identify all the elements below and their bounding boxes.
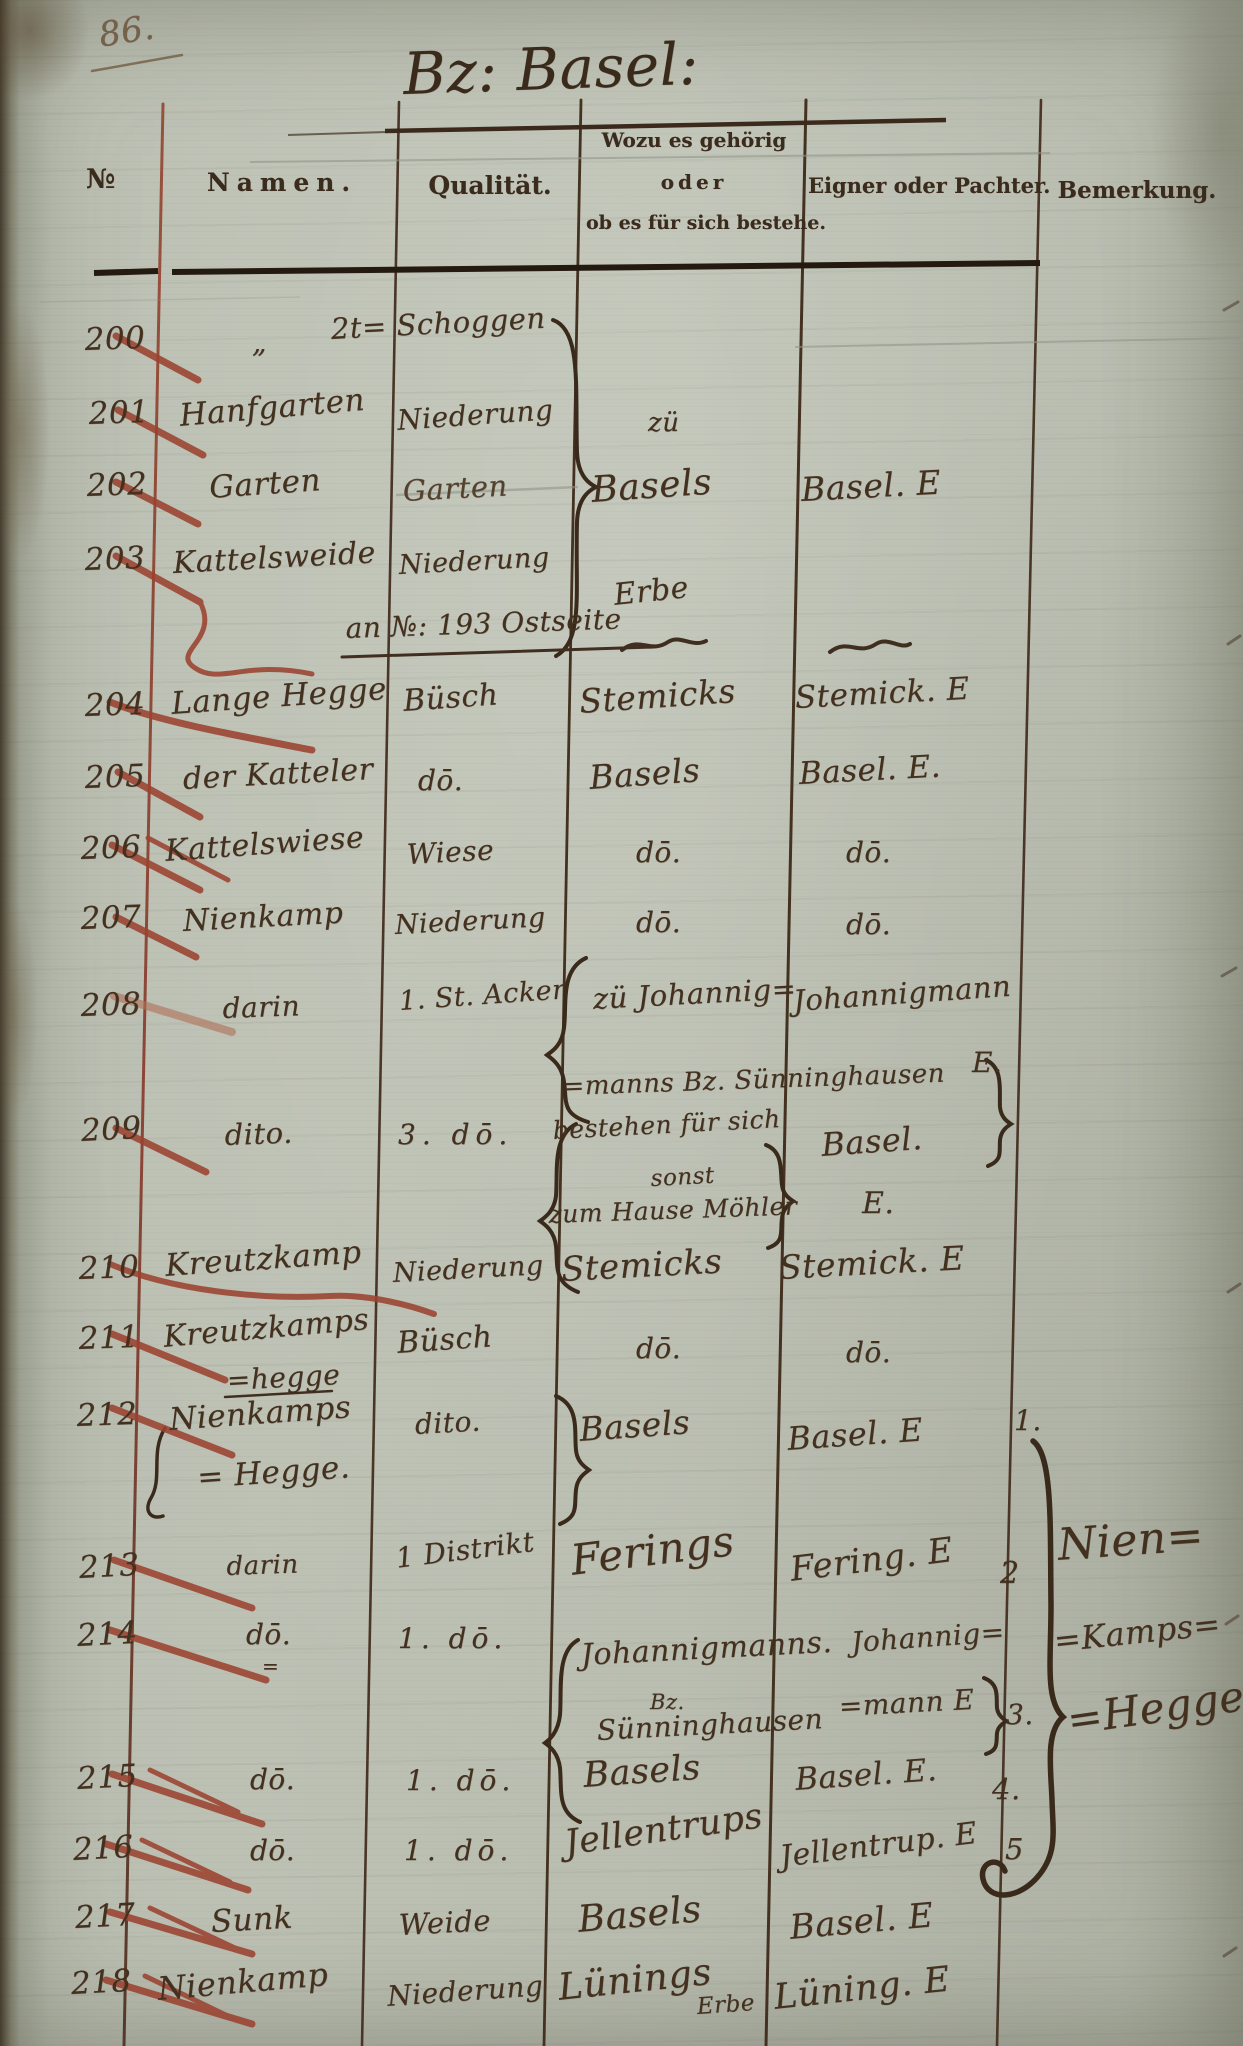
row-qualitaet: Niederung bbox=[386, 1969, 544, 2013]
row-eigner-line1: Johannigmann bbox=[792, 969, 1012, 1018]
rule-eigner-bemerkung bbox=[997, 100, 1041, 2046]
header-bottom-rule-short bbox=[94, 271, 158, 273]
row-no: 205 bbox=[84, 758, 146, 796]
row-wozu: Stemicks bbox=[560, 1242, 723, 1290]
row-qualitaet: 1 Distrikt bbox=[394, 1525, 536, 1575]
book-gutter-shadow bbox=[0, 0, 20, 2046]
header-bottom-rule-long bbox=[172, 263, 1040, 272]
row-qualitaet: Büsch bbox=[402, 677, 500, 719]
row-eigner: Jellentrup. E bbox=[778, 1816, 979, 1875]
margin-group-label-line3: =Hegge. bbox=[1064, 1669, 1243, 1744]
row-namen: Nienkamp bbox=[182, 896, 344, 939]
row-qualitaet: 2t= Schoggen bbox=[330, 301, 546, 346]
paper-stain bbox=[1150, 0, 1243, 280]
red-tail-203 bbox=[188, 602, 312, 674]
row-no: 216 bbox=[72, 1829, 134, 1868]
row-namen: darin bbox=[226, 1549, 299, 1581]
row-wozu-line1: zü Johannig= bbox=[592, 971, 797, 1016]
row-bemerkung: 4. bbox=[992, 1772, 1021, 1806]
row-namen: Garten bbox=[208, 462, 322, 506]
row-bemerkung: 5 bbox=[1005, 1832, 1024, 1866]
group-wozu-zu: zü bbox=[648, 408, 679, 438]
row-wozu-suffix: Erbe bbox=[696, 1990, 756, 2020]
row-wozu-line2: =manns Bz. Sünninghausen bbox=[562, 1059, 945, 1102]
group-wozu-basels: Basels bbox=[590, 462, 713, 511]
page-title: Bz: Basel: bbox=[402, 30, 700, 108]
page-number: 86. bbox=[96, 7, 157, 55]
brace-214-right bbox=[984, 1678, 1006, 1754]
row-no: 213 bbox=[78, 1547, 140, 1586]
row-namen: dito. bbox=[224, 1116, 293, 1152]
row-qualitaet: dito. bbox=[414, 1405, 482, 1441]
row-namen: Sunk bbox=[210, 1900, 294, 1940]
row-qualitaet: 1. dō. bbox=[404, 1834, 513, 1867]
row-no: 204 bbox=[84, 686, 146, 724]
row-wozu: Basels bbox=[578, 1402, 691, 1449]
row-eigner-line1: Basel. bbox=[820, 1119, 924, 1164]
row-qualitaet: Wiese bbox=[406, 833, 495, 871]
column-header-wozu-line3: ob es für sich bestehe. bbox=[586, 212, 802, 234]
column-header-bemerkung: Bemerkung. bbox=[1044, 177, 1230, 204]
row-namen: Kreutzkamp bbox=[164, 1234, 363, 1284]
column-header-wozu-line1: Wozu es gehörig bbox=[586, 128, 802, 152]
row-no: 201 bbox=[88, 394, 150, 432]
row-eigner: Basel. E. bbox=[798, 749, 942, 792]
row-namen: der Katteler bbox=[182, 752, 374, 797]
group-wozu-erbe: Erbe bbox=[612, 570, 690, 613]
brace-margin-group bbox=[982, 1441, 1063, 1895]
row-wozu: dō. bbox=[636, 836, 681, 869]
row-no: 208 bbox=[80, 986, 142, 1024]
row-qualitaet: dō. bbox=[418, 764, 463, 797]
row-qualitaet: 1. dō. bbox=[406, 1764, 515, 1797]
row-no: 215 bbox=[76, 1758, 138, 1797]
row-qualitaet: Niederung bbox=[394, 902, 546, 941]
row-namen: Nienkamp bbox=[156, 1955, 330, 2008]
row-namen-equals: = bbox=[262, 1654, 279, 1678]
row-namen: Hanfgarten bbox=[178, 382, 366, 434]
row-wozu: Ferings bbox=[568, 1516, 737, 1585]
row-qualitaet: Niederung bbox=[398, 542, 550, 581]
row-qualitaet: Büsch bbox=[396, 1319, 494, 1361]
row-no: 207 bbox=[80, 899, 142, 937]
row-wozu: Lünings bbox=[556, 1950, 714, 2009]
column-header-eigner: Eigner oder Pachter. bbox=[808, 173, 1038, 198]
row-no: 217 bbox=[74, 1897, 136, 1936]
hook-212-left bbox=[148, 1428, 165, 1517]
row-namen-line1: Nienkamps bbox=[168, 1389, 352, 1438]
rule-namen-qualitaet bbox=[362, 102, 399, 2046]
row-no: 211 bbox=[78, 1319, 140, 1357]
row-wozu: dō. bbox=[636, 906, 681, 939]
row-wozu-line2: sonst bbox=[650, 1163, 715, 1192]
row-eigner: Basel. E. bbox=[794, 1752, 938, 1798]
row-eigner: dō. bbox=[846, 908, 891, 941]
row-qualitaet: 1. St. Acker bbox=[398, 974, 566, 1017]
row-qualitaet: 1. dō. bbox=[398, 1622, 507, 1655]
row-namen-line2: = Hegge. bbox=[196, 1449, 351, 1496]
pencil-marks bbox=[40, 153, 1240, 495]
row-bemerkung: 3. bbox=[1006, 1698, 1034, 1731]
row-wozu: Basels bbox=[582, 1748, 702, 1796]
row-wozu: Basels bbox=[588, 750, 701, 797]
row-wozu: Basels bbox=[576, 1887, 703, 1941]
row-eigner: dō. bbox=[846, 1336, 891, 1369]
row-qualitaet: Niederung bbox=[396, 393, 554, 437]
row-eigner: Stemick. E bbox=[794, 671, 970, 716]
row-namen: Kattelswiese bbox=[164, 820, 365, 869]
row-qualitaet: 3. dō. bbox=[398, 1118, 513, 1151]
row-namen: dō. bbox=[250, 1834, 295, 1867]
row-no: 214 bbox=[76, 1615, 138, 1654]
row-qualitaet: Garten bbox=[402, 469, 508, 508]
note-underline bbox=[342, 647, 654, 657]
row-namen-line1: Kreutzkamps bbox=[162, 1302, 371, 1355]
row-qualitaet: Weide bbox=[398, 1903, 492, 1942]
row-namen: dō. bbox=[246, 1618, 291, 1651]
column-header-no: № bbox=[86, 164, 115, 195]
row-no: 218 bbox=[70, 1963, 132, 2002]
row-eigner: Basel. E bbox=[786, 1411, 924, 1458]
column-header-namen: Namen. bbox=[172, 168, 392, 197]
brace-214-left bbox=[545, 1640, 580, 1822]
row-wozu-line1: Johannigmanns. bbox=[580, 1625, 833, 1673]
row-eigner-line1: Johannig= bbox=[850, 1615, 1006, 1659]
row-bemerkung: 2 bbox=[1000, 1556, 1020, 1591]
group-note: an №: 193 Ostseite bbox=[345, 602, 622, 645]
row-namen: dō. bbox=[250, 1763, 295, 1796]
row-no: 212 bbox=[76, 1396, 138, 1434]
row-no: 203 bbox=[84, 540, 146, 578]
row-no: 200 bbox=[84, 320, 146, 358]
row-eigner: Fering. E bbox=[788, 1530, 955, 1590]
row-wozu-line1: bestehen für sich bbox=[552, 1104, 781, 1145]
group-eigner: Basel. E bbox=[800, 463, 942, 509]
margin-group-label-line1: Nien= bbox=[1056, 1510, 1206, 1571]
row-eigner: Basel. E bbox=[788, 1895, 935, 1947]
row-wozu: Jellentrups bbox=[562, 1796, 765, 1863]
row-wozu-line3: zum Hause Möhler bbox=[548, 1191, 798, 1229]
row-no: 206 bbox=[80, 829, 142, 867]
column-header-wozu-line2: oder bbox=[586, 170, 802, 194]
row-wozu: dō. bbox=[636, 1332, 681, 1365]
margin-group-label-line2: =Kamps= bbox=[1052, 1605, 1222, 1660]
row-namen-ditto: „ bbox=[252, 326, 267, 359]
row-no: 209 bbox=[80, 1110, 142, 1149]
row-wozu: Stemicks bbox=[578, 671, 737, 721]
pagenumber-underline bbox=[92, 55, 182, 71]
row-namen: Kattelsweide bbox=[172, 535, 377, 581]
column-header-qualitaet: Qualität. bbox=[402, 171, 578, 200]
title-underline-left bbox=[288, 132, 386, 135]
row-eigner: Lüning. E bbox=[772, 1960, 952, 2018]
row-bemerkung: 1. bbox=[1014, 1404, 1042, 1437]
row-namen: Lange Hegge bbox=[170, 671, 388, 722]
row-no: 210 bbox=[78, 1249, 140, 1287]
row-eigner-line2: E. bbox=[972, 1046, 1002, 1079]
row-eigner: Stemick. E bbox=[778, 1238, 966, 1287]
row-qualitaet: Niederung bbox=[392, 1250, 544, 1289]
row-eigner: dō. bbox=[846, 836, 891, 869]
register-page: 86. Bz: Basel: № Namen. Qualität. Wozu e… bbox=[0, 0, 1243, 2046]
row-eigner-line2: =mann E bbox=[838, 1683, 975, 1723]
row-namen: darin bbox=[222, 989, 301, 1025]
row-wozu-line3: Sünninghausen bbox=[596, 1702, 824, 1747]
row-no: 202 bbox=[86, 466, 148, 504]
row-eigner-line2: E. bbox=[862, 1186, 894, 1221]
